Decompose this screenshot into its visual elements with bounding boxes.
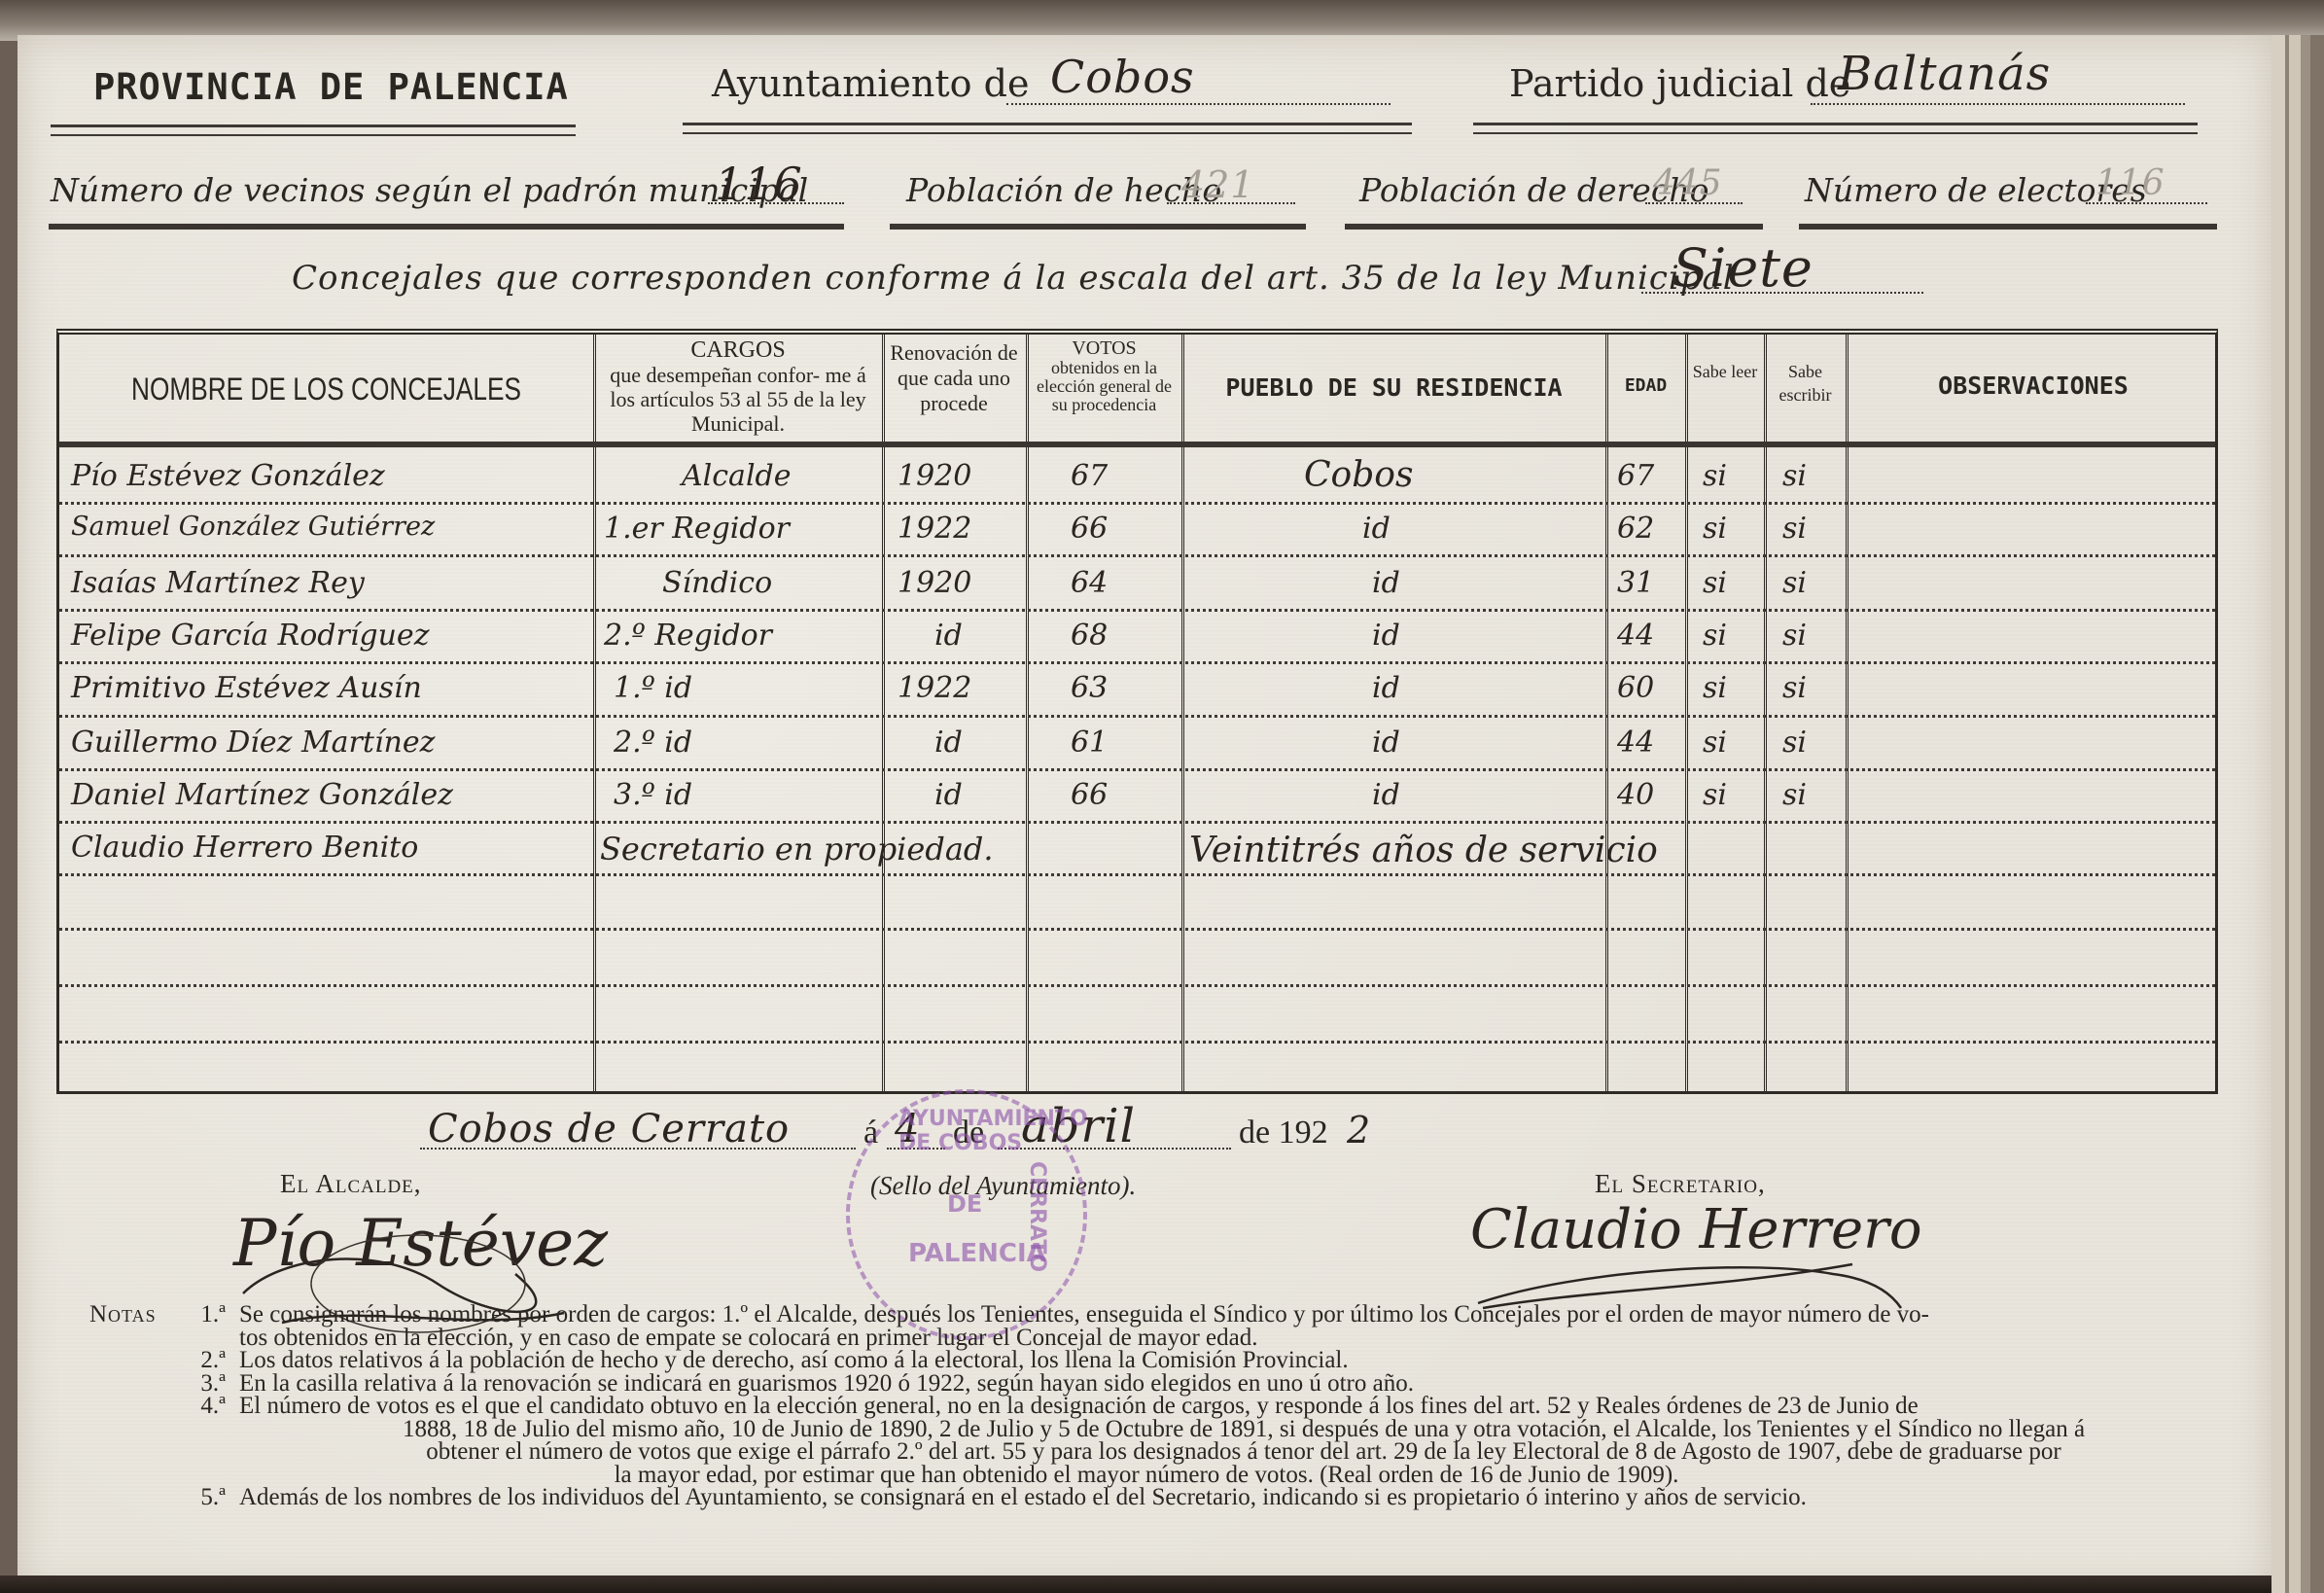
note-number: 1.ª (175, 1303, 239, 1327)
concejales-value: Siete (1673, 237, 1813, 299)
cell-leer: si (1703, 726, 1727, 760)
note-number: 2.ª (175, 1349, 239, 1372)
cell-pueblo: id (1362, 512, 1391, 546)
note-text-cont: obtener el número de votos que exige el … (89, 1440, 2248, 1464)
cell-escribir: si (1782, 619, 1807, 653)
col-divider (1026, 335, 1029, 1091)
cell-escribir: si (1782, 512, 1807, 546)
ayuntamiento-dots (1006, 103, 1391, 105)
cell-cargo: 1.er Regidor (604, 512, 790, 546)
header-sabe-leer: Sabe leer (1688, 360, 1762, 383)
col-divider (882, 335, 885, 1091)
row-line (59, 609, 2215, 612)
col-divider (1846, 335, 1849, 1091)
cell-pueblo: id (1372, 778, 1400, 812)
cell-leer: si (1703, 619, 1727, 653)
cell-edad: 44 (1617, 619, 1654, 653)
cell-pueblo: id (1372, 726, 1400, 760)
header-votos-title: VOTOS (1029, 338, 1180, 359)
page-bottom-edge (0, 1575, 2271, 1593)
note-text-cont: la mayor edad, por estimar que han obten… (89, 1464, 2248, 1487)
note-text: Se consignarán los nombres por orden de … (239, 1303, 2248, 1327)
cell-votos: 68 (1071, 619, 1108, 653)
row-line (59, 873, 2215, 876)
ayuntamiento-value: Cobos (1050, 51, 1195, 103)
note-1: Notas 1.ª Se consignarán los nombres por… (89, 1303, 2248, 1327)
col-divider (1181, 335, 1184, 1091)
cell-escribir: si (1782, 671, 1807, 705)
cell-pueblo: Veintitrés años de servicio (1189, 831, 1658, 870)
cell-cargo: Síndico (662, 566, 772, 600)
note-text: El número de votos es el que el candidat… (239, 1395, 2248, 1418)
header-cargos-title: CARGOS (596, 338, 880, 363)
note-3: 3.ª En la casilla relativa á la renovaci… (89, 1372, 2248, 1396)
electores-rule (1799, 224, 2217, 230)
note-4: 4.ª El número de votos es el que el cand… (89, 1395, 2248, 1418)
book-page-edges (2271, 35, 2324, 1593)
cell-escribir: si (1782, 778, 1807, 812)
cell-leer: si (1703, 671, 1727, 705)
notes-label: Notas (89, 1303, 175, 1327)
header-renovacion: Renovación de que cada uno procede (885, 340, 1023, 416)
alcalde-label: El Alcalde, (280, 1169, 422, 1199)
row-line (59, 928, 2215, 931)
partido-rule (1473, 123, 2198, 134)
cell-renovacion: 1920 (898, 459, 971, 493)
concejales-label: Concejales que corresponden conforme á l… (292, 259, 1735, 298)
cell-cargo: 1.º id (614, 671, 692, 705)
row-line (59, 502, 2215, 505)
header-cargos: CARGOS que desempeñan confor- me á los a… (596, 338, 880, 436)
cell-renovacion: 1922 (898, 512, 971, 546)
row-line (59, 768, 2215, 771)
cell-votos: 63 (1071, 671, 1108, 705)
cell-votos: 64 (1071, 566, 1108, 600)
cell-nombre: Pío Estévez González (71, 459, 385, 493)
row-line (59, 821, 2215, 824)
cell-cargo: 2.º Regidor (604, 619, 772, 653)
cell-edad: 62 (1617, 512, 1654, 546)
cell-votos: 67 (1071, 459, 1108, 493)
cell-edad: 60 (1617, 671, 1654, 705)
partido-value: Baltanás (1838, 47, 2051, 101)
cell-renovacion: id (934, 619, 963, 653)
stamp-text-middle: DE (947, 1190, 982, 1218)
cell-leer: si (1703, 566, 1727, 600)
header-edad: EDAD (1608, 377, 1683, 396)
note-text: Los datos relativos á la población de he… (239, 1349, 2248, 1372)
cell-leer: si (1703, 512, 1727, 546)
cell-cargo: Secretario en propiedad. (600, 831, 994, 867)
date-year-suffix: 2 (1347, 1109, 1371, 1151)
hecho-value: 421 (1181, 163, 1255, 206)
cell-nombre: Guillermo Díez Martínez (71, 726, 435, 760)
cell-renovacion: 1920 (898, 566, 971, 600)
province-rule (51, 124, 576, 136)
notes-section: Notas 1.ª Se consignarán los nombres por… (89, 1303, 2248, 1509)
cell-escribir: si (1782, 459, 1807, 493)
cell-leer: si (1703, 459, 1727, 493)
partido-dots (1811, 103, 2185, 105)
cell-nombre: Daniel Martínez González (71, 778, 453, 812)
vecinos-label: Número de vecinos según el padrón munici… (51, 171, 808, 209)
col-divider (593, 335, 596, 1091)
cell-nombre: Isaías Martínez Rey (71, 566, 365, 600)
cell-edad: 31 (1617, 566, 1654, 600)
col-divider (1605, 335, 1608, 1091)
cell-escribir: si (1782, 566, 1807, 600)
header-rule (59, 442, 2215, 447)
cell-pueblo: Cobos (1304, 455, 1413, 495)
row-line (59, 1041, 2215, 1044)
cell-pueblo: id (1372, 671, 1400, 705)
secretario-label: El Secretario, (1595, 1169, 1766, 1199)
note-text: En la casilla relativa á la renovación s… (239, 1372, 2248, 1396)
note-number: 4.ª (175, 1395, 239, 1418)
cell-nombre: Claudio Herrero Benito (71, 831, 418, 865)
cell-pueblo: id (1372, 619, 1400, 653)
header-cargos-sub: que desempeñan confor- me á los artículo… (596, 363, 880, 436)
concejales-table: NOMBRE DE LOS CONCEJALES CARGOS que dese… (56, 329, 2218, 1094)
cell-cargo: 3.º id (614, 778, 692, 812)
vecinos-rule (49, 224, 844, 230)
derecho-value: 445 (1653, 163, 1723, 203)
row-line (59, 984, 2215, 987)
cell-cargo: Alcalde (682, 459, 792, 493)
row-line (59, 554, 2215, 557)
date-year-prefix: de 192 (1239, 1115, 1328, 1151)
header-observaciones: OBSERVACIONES (1849, 373, 2218, 399)
cell-nombre: Primitivo Estévez Ausín (71, 671, 422, 705)
ayuntamiento-label: Ayuntamiento de (712, 62, 1029, 105)
note-5: 5.ª Además de los nombres de los individ… (89, 1486, 2248, 1509)
cell-renovacion: 1922 (898, 671, 971, 705)
cell-pueblo: id (1372, 566, 1400, 600)
cell-renovacion: id (934, 726, 963, 760)
note-number: 3.ª (175, 1372, 239, 1396)
province-title: PROVINCIA DE PALENCIA (93, 66, 569, 108)
partido-label: Partido judicial de (1509, 62, 1850, 105)
cell-edad: 40 (1617, 778, 1654, 812)
note-text: Además de los nombres de los individuos … (239, 1486, 2248, 1509)
derecho-rule (1345, 224, 1763, 230)
cell-votos: 61 (1071, 726, 1108, 760)
note-text-cont: tos obtenidos en la elección, y en caso … (89, 1327, 2248, 1350)
note-number: 5.ª (175, 1486, 239, 1509)
header-votos: VOTOS obtenidos en la elección general d… (1029, 338, 1180, 414)
row-line (59, 715, 2215, 718)
header-sabe-escribir: Sabe escribir (1767, 360, 1844, 407)
vecinos-value: 116 (715, 158, 803, 210)
stamp-text-top: AYUNTAMIENTO DE COBOS (898, 1107, 1088, 1155)
cell-nombre: Samuel González Gutiérrez (71, 512, 435, 542)
row-line (59, 661, 2215, 664)
cell-escribir: si (1782, 726, 1807, 760)
cell-votos: 66 (1071, 512, 1108, 546)
electores-value: 116 (2095, 163, 2166, 203)
cell-edad: 44 (1617, 726, 1654, 760)
cell-votos: 66 (1071, 778, 1108, 812)
header-pueblo: PUEBLO DE SU RESIDENCIA (1184, 375, 1603, 401)
hecho-rule (890, 224, 1306, 230)
header-nombre: NOMBRE DE LOS CONCEJALES (107, 373, 545, 407)
col-divider (1764, 335, 1767, 1091)
cell-renovacion: id (934, 778, 963, 812)
date-place: Cobos de Cerrato (428, 1107, 790, 1151)
cell-edad: 67 (1617, 459, 1654, 493)
note-2: 2.ª Los datos relativos á la población d… (89, 1349, 2248, 1372)
cell-leer: si (1703, 778, 1727, 812)
note-text-cont: 1888, 18 de Julio del mismo año, 10 de J… (89, 1418, 2248, 1441)
cell-nombre: Felipe García Rodríguez (71, 619, 430, 653)
stamp-text-right: CERRATO (1025, 1161, 1049, 1272)
col-divider (1685, 335, 1688, 1091)
ayuntamiento-rule (683, 123, 1412, 134)
cell-cargo: 2.º id (614, 726, 692, 760)
header-votos-sub: obtenidos en la elección general de su p… (1029, 359, 1180, 414)
